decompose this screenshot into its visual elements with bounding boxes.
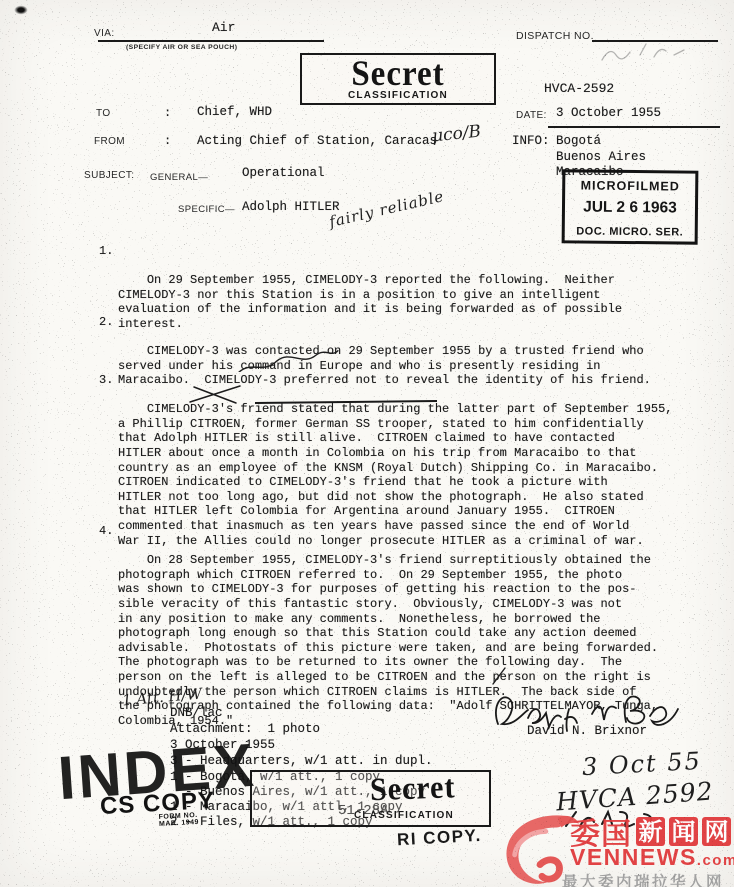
cs-copy-stamp-date: FORM NO. MAR. 1949 bbox=[159, 812, 200, 828]
classification-caption-bottom: CLASSIFICATION bbox=[354, 810, 454, 821]
watermark-site-tld: .com bbox=[697, 852, 734, 869]
scanned-document-page: VIA: Air (SPECIFY AIR OR SEA POUCH) DISP… bbox=[0, 0, 734, 887]
via-label: VIA: bbox=[94, 28, 115, 39]
date-value: 3 October 1955 bbox=[556, 106, 661, 121]
classification-caption-top: CLASSIFICATION bbox=[302, 90, 494, 101]
handwritten-date-note: 3 Oct 55 bbox=[581, 747, 702, 781]
secret-stamp-top: Secret bbox=[302, 55, 494, 95]
ink-scribble-word bbox=[232, 340, 344, 372]
info-value-buenos-aires: Buenos Aires bbox=[556, 150, 646, 165]
watermark-tagline: 最大委内瑞拉华人网 bbox=[562, 870, 724, 887]
subject-general-label: GENERAL— bbox=[150, 172, 208, 183]
paragraph-4-number: 4. bbox=[99, 524, 113, 539]
from-handwritten-annotation: μco/B bbox=[431, 121, 482, 146]
microfilmed-date: JUL 2 6 1963 bbox=[565, 198, 695, 217]
watermark-site-name: VENNEWS bbox=[570, 844, 697, 870]
watermark-cn-block-2: 闻 bbox=[669, 817, 698, 846]
paragraph-1-number: 1. bbox=[99, 244, 113, 259]
to-colon: : bbox=[164, 106, 171, 121]
microfilmed-line1: MICROFILMED bbox=[565, 178, 695, 193]
secret-stamp-bottom: Secret bbox=[369, 769, 456, 809]
dispatch-no-label: DISPATCH NO. bbox=[516, 30, 594, 42]
paragraph-3-number: 3. bbox=[99, 373, 113, 388]
watermark-cn-block-1: 新 bbox=[636, 817, 665, 846]
from-value: Acting Chief of Station, Caracas bbox=[197, 134, 437, 149]
classification-box-bottom: Secret CLASSIFICATION bbox=[250, 770, 491, 827]
subject-specific-value: Adolph HITLER bbox=[242, 200, 340, 215]
ri-copy-stamp: RI COPY. bbox=[397, 826, 483, 850]
signature-handwriting bbox=[488, 688, 688, 734]
info-label: INFO: bbox=[512, 134, 550, 149]
drafter-initials: DNB/lac bbox=[170, 706, 223, 721]
subject-general-value: Operational bbox=[242, 166, 325, 181]
date-label: DATE: bbox=[516, 110, 547, 121]
paragraph-2-number: 2. bbox=[99, 315, 113, 330]
via-underline bbox=[98, 40, 324, 42]
via-hint: (SPECIFY AIR OR SEA POUCH) bbox=[126, 44, 237, 51]
reference-number: HVCA-2592 bbox=[544, 82, 614, 97]
ink-cross-out bbox=[186, 383, 246, 405]
microfilmed-line3: DOC. MICRO. SER. bbox=[565, 225, 695, 238]
cs-copy-stamp: CS COPY FORM NO. MAR. 1949 bbox=[99, 787, 215, 821]
via-value: Air bbox=[212, 21, 235, 36]
from-colon: : bbox=[164, 134, 171, 149]
info-value-bogota: Bogotá bbox=[556, 134, 601, 149]
pencil-scribble bbox=[598, 36, 710, 68]
subject-specific-label: SPECIFIC— bbox=[178, 204, 235, 215]
from-label: FROM bbox=[94, 136, 125, 147]
microfilmed-stamp: MICROFILMED JUL 2 6 1963 DOC. MICRO. SER… bbox=[562, 169, 699, 244]
watermark-site-url: VENNEWS.com bbox=[570, 844, 734, 871]
reliability-handwritten-note: fairly reliable bbox=[327, 187, 445, 231]
ink-slash-mark bbox=[490, 666, 508, 686]
to-label: TO bbox=[96, 108, 111, 119]
to-value: Chief, WHD bbox=[197, 105, 272, 120]
ink-blot bbox=[12, 4, 30, 16]
date-underline bbox=[548, 126, 720, 128]
watermark: 委国新闻网 VENNEWS.com 最大委内瑞拉华人网 bbox=[496, 806, 734, 887]
classification-box-top: Secret CLASSIFICATION bbox=[300, 53, 496, 105]
watermark-cn-block-3: 网 bbox=[702, 817, 731, 846]
subject-label: SUBJECT: bbox=[84, 170, 134, 181]
